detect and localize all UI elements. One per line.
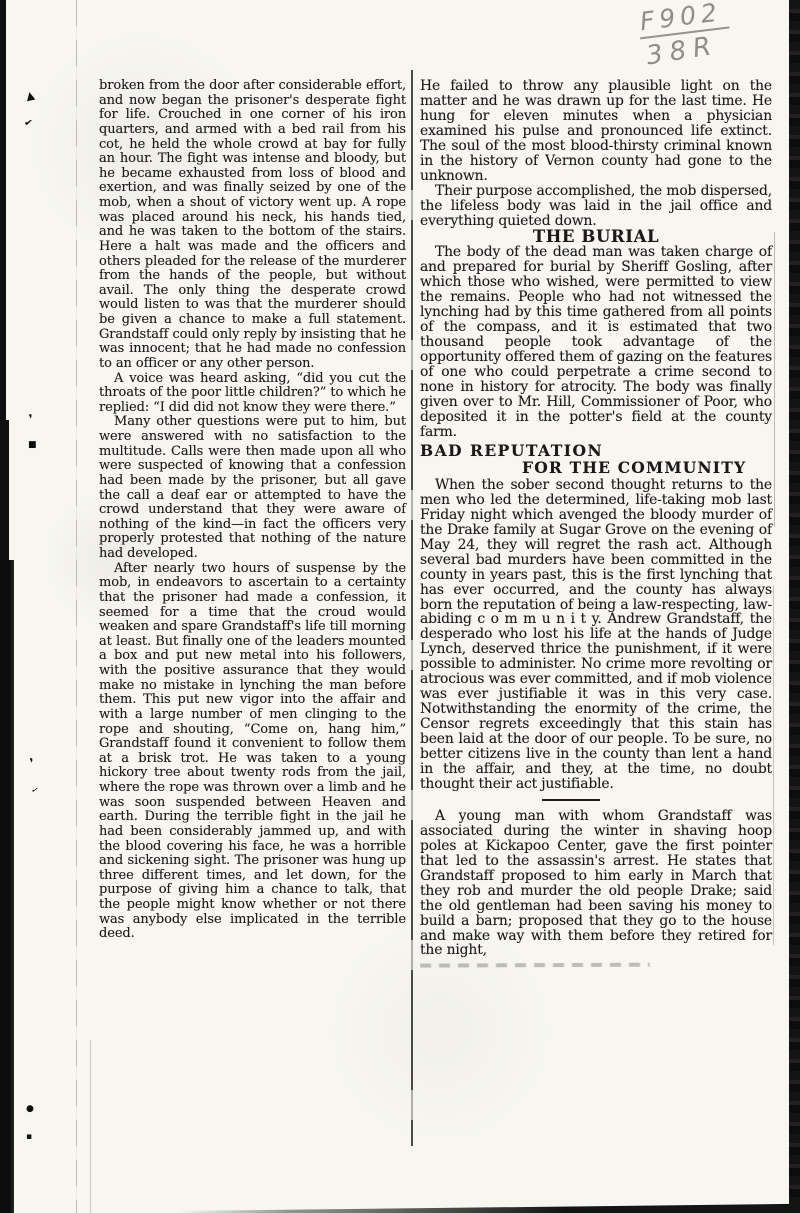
fold-crease-line: [90, 1040, 91, 1213]
ink-mark: ■: [28, 440, 37, 450]
article-column-right: He failed to throw any plausible light o…: [420, 79, 772, 969]
article-paragraph: Many other questions were put to him, bu…: [99, 415, 406, 561]
column-edge-rule: [774, 232, 775, 527]
section-heading-burial: THE BURIAL: [420, 230, 772, 245]
ink-mark: ❜: [28, 414, 33, 424]
article-paragraph: He failed to throw any plausible light o…: [420, 79, 772, 184]
column-edge-rule: [773, 585, 774, 945]
fold-crease-line: [76, 0, 77, 1213]
article-paragraph: broken from the door after considerable …: [99, 79, 406, 372]
newspaper-scan-page: ▲ ✔ ❜ ■ ❜ ✓ ● ▪ F902 38R broken from the…: [0, 0, 800, 1213]
ink-mark: ▪: [26, 1132, 32, 1142]
cut-off-text-line: [420, 960, 650, 969]
ink-mark: ❜: [29, 758, 35, 769]
article-column-left: broken from the door after considerable …: [99, 79, 406, 942]
ink-mark: ●: [26, 1104, 34, 1114]
ink-mark: ✔: [23, 118, 33, 129]
scan-edge-left: [0, 420, 9, 565]
article-paragraph: The body of the dead man was taken charg…: [420, 245, 772, 439]
article-paragraph: A young man with whom Grandstaff was ass…: [420, 809, 772, 959]
pencil-annotation: F902 38R: [612, 2, 772, 66]
section-heading-line: FOR THE COMMUNITY: [420, 459, 772, 476]
article-paragraph: A voice was heard asking, “did you cut t…: [99, 372, 406, 416]
section-heading-line: BAD REPUTATION: [420, 442, 772, 459]
article-paragraph: After nearly two hours of suspense by th…: [99, 562, 406, 942]
ink-mark: ✓: [30, 785, 40, 797]
article-paragraph: When the sober second thought returns to…: [420, 478, 772, 792]
scan-edge-bottom: [180, 1203, 800, 1213]
article-paragraph: Their purpose accomplished, the mob disp…: [420, 184, 772, 229]
scan-edge-left: [0, 560, 14, 1213]
scan-edge-right: [789, 0, 800, 1213]
section-heading-reputation: BAD REPUTATION FOR THE COMMUNITY: [420, 442, 772, 476]
scan-edge-left: [0, 0, 6, 425]
column-divider-rule: [411, 70, 413, 1146]
ink-mark: ▲: [25, 90, 35, 102]
section-divider-rule: [542, 799, 600, 801]
